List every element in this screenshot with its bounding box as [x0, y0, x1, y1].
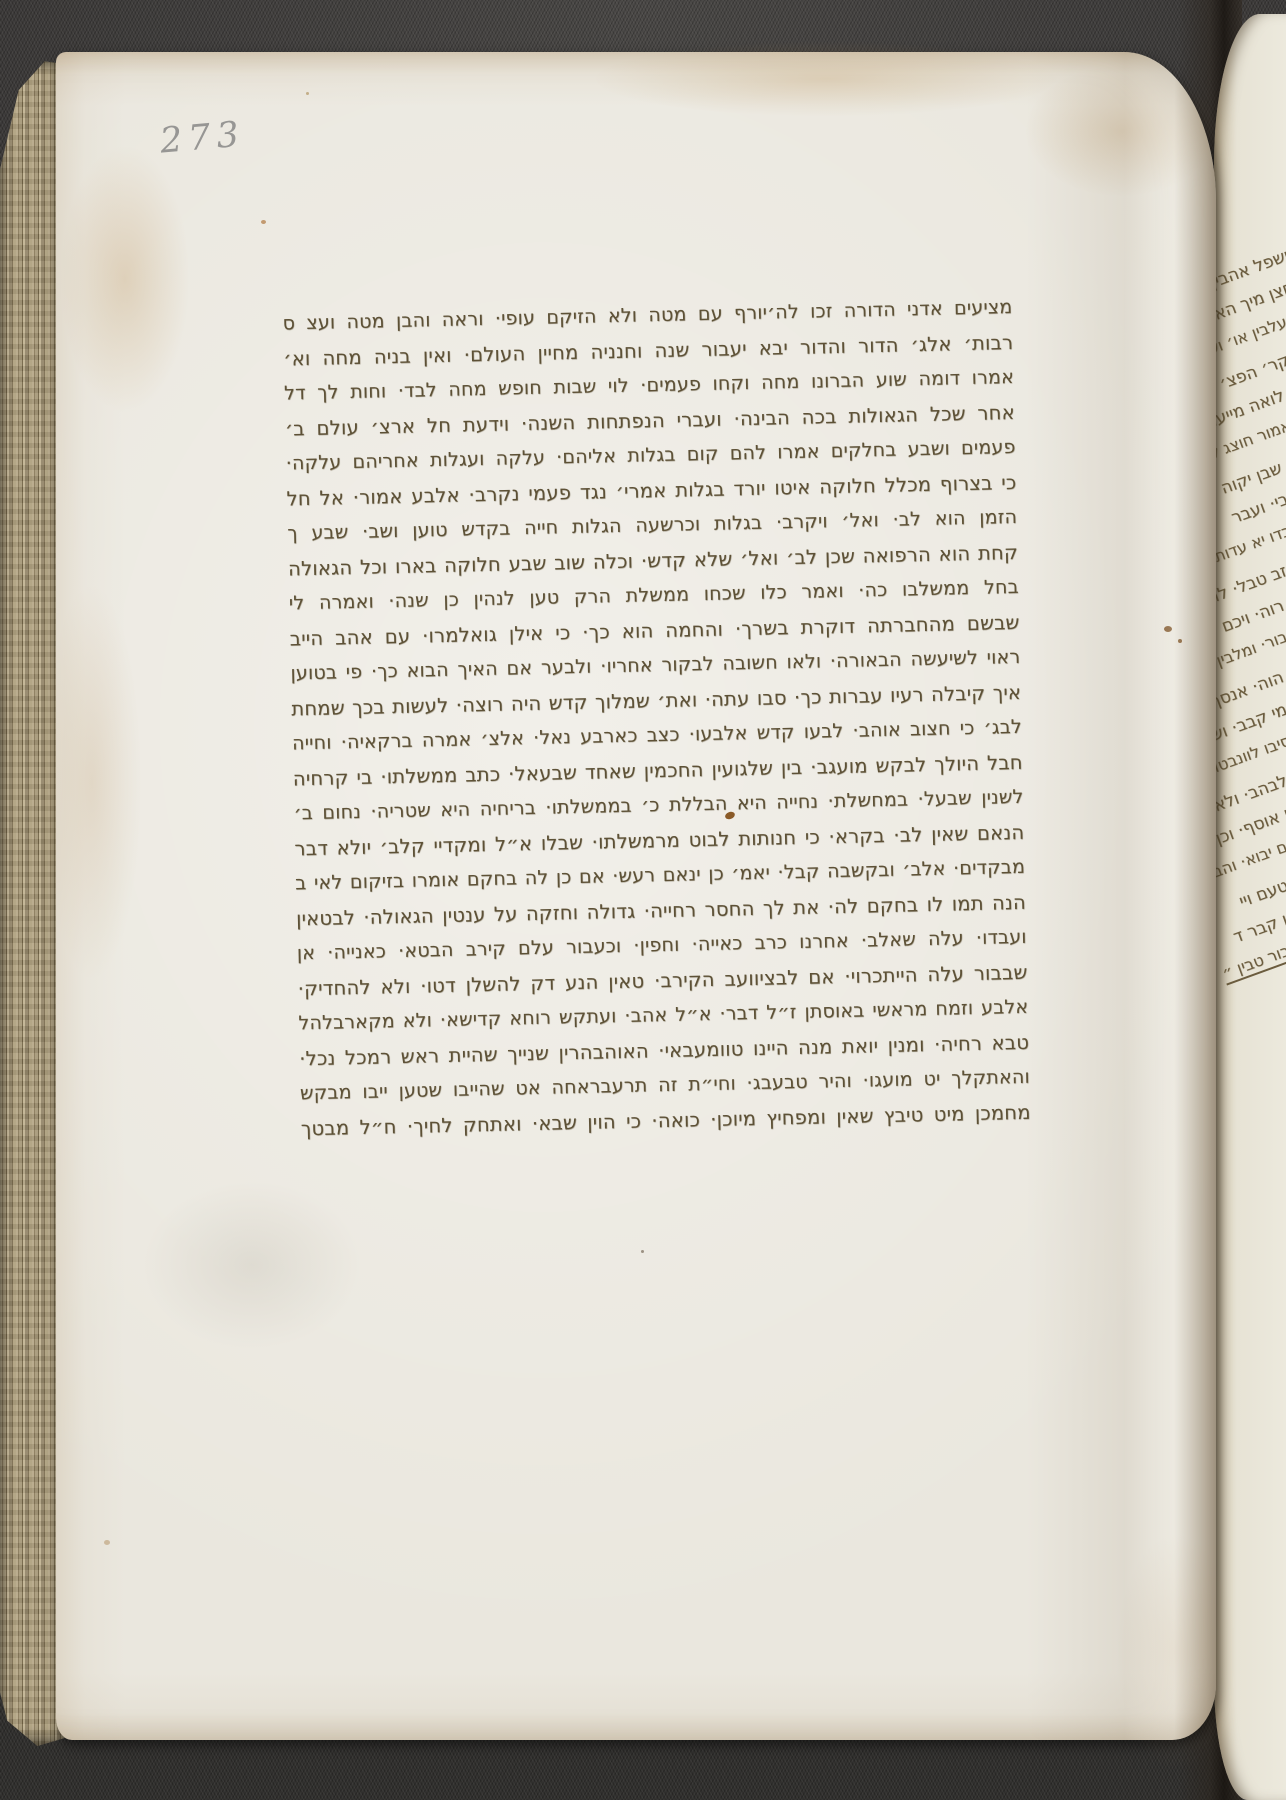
ink-speck — [641, 1250, 644, 1253]
ink-speck — [261, 220, 266, 224]
ink-speck — [306, 92, 309, 95]
foxing-stain — [42, 582, 142, 982]
facing-page-text-fragment: ב טעם ויי — [1237, 871, 1286, 912]
foxing-stain — [142, 1180, 362, 1350]
facing-page-text-fragment: בדו יא עדות — [1214, 521, 1286, 566]
folio-number: 273 — [158, 114, 246, 161]
manuscript-text-block: מציעים אדני הדורה זכו לה׳יורף עם מטה ולא… — [282, 290, 1031, 1146]
foxing-stain — [596, 42, 1056, 116]
ink-speck — [104, 1540, 110, 1545]
facing-page-edge: ב ישפל אהביןוחצן מיך האולךועלבין או׳ ושפ… — [1214, 14, 1286, 1800]
foxing-stain — [60, 144, 190, 414]
ink-speck — [1178, 639, 1182, 643]
manuscript-page: 273 מציעים אדני הדורה זכו לה׳יורף עם מטה… — [56, 52, 1216, 1740]
ink-speck — [1164, 626, 1172, 632]
facing-page-text-fragment: בור טבין ״ — [1220, 941, 1286, 986]
facing-page-text: ב ישפל אהביןוחצן מיך האולךועלבין או׳ ושפ… — [1214, 14, 1286, 1800]
manuscript-photograph: ב ישפל אהביןוחצן מיך האולךועלבין או׳ ושפ… — [0, 0, 1286, 1800]
facing-page-text-fragment: מן קבר ד — [1231, 906, 1286, 948]
